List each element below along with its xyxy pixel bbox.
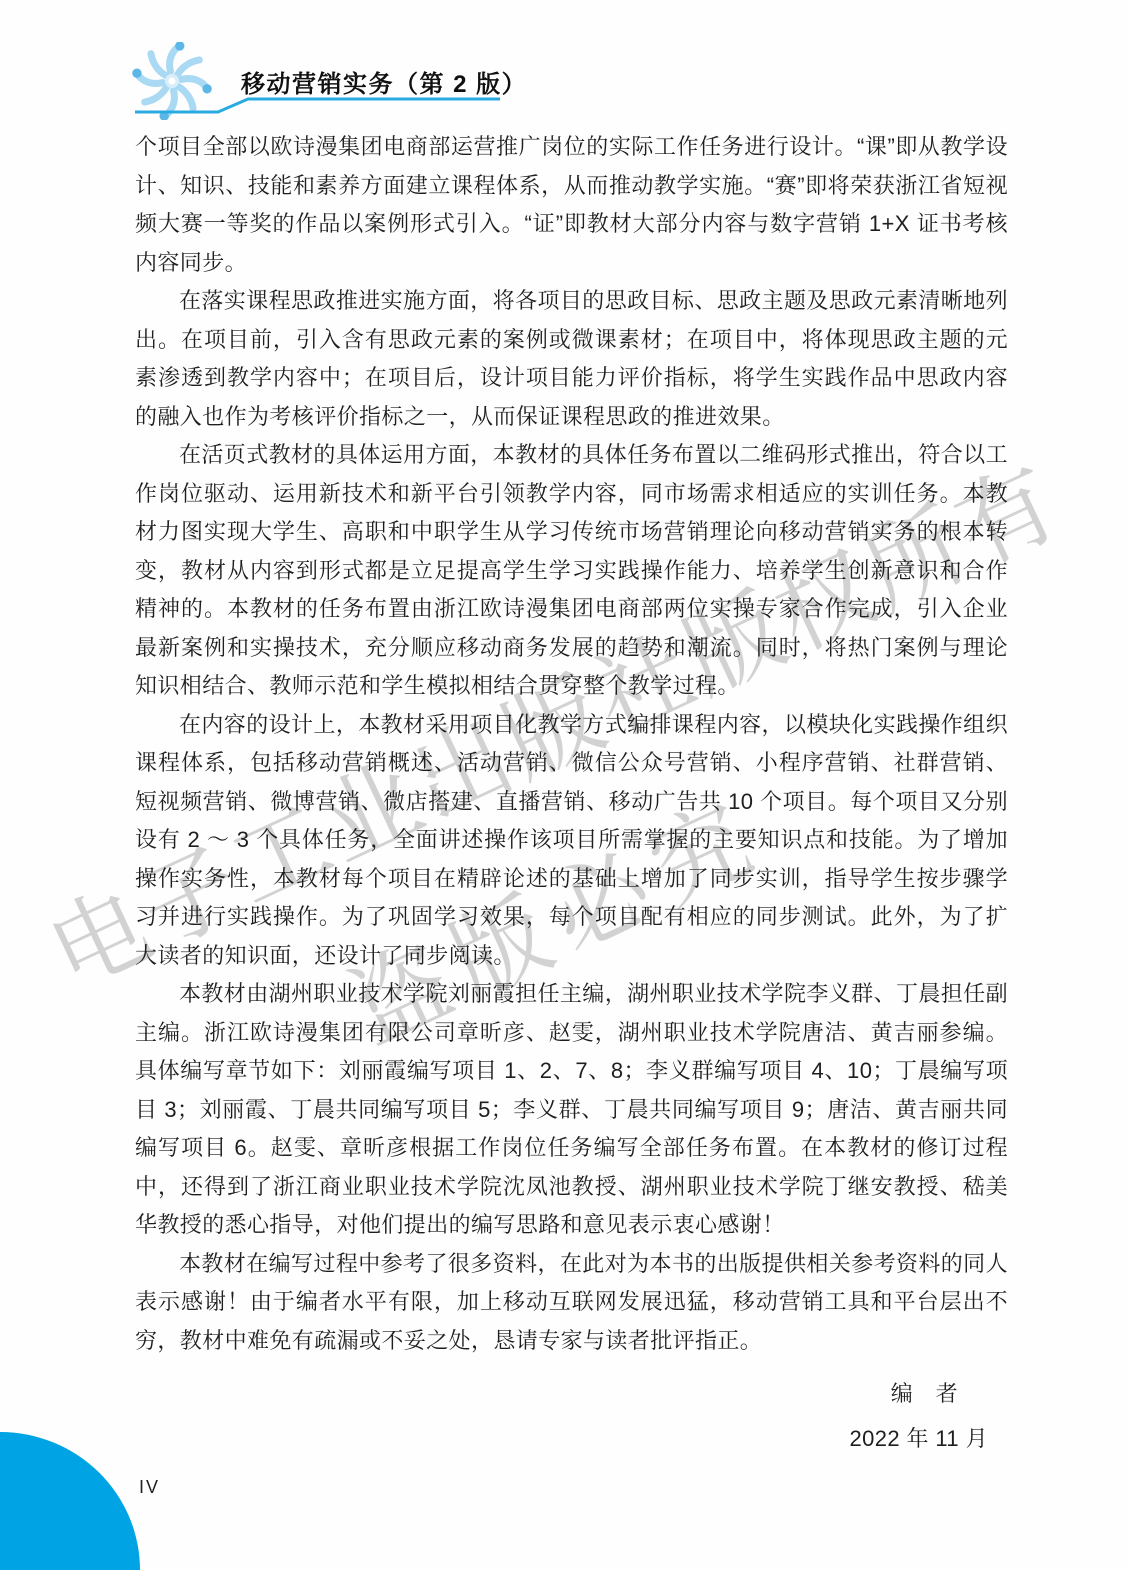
- paragraph-1: 个项目全部以欧诗漫集团电商部运营推广岗位的实际工作任务进行设计。“课”即从教学设…: [135, 128, 1008, 282]
- header-rule-line: [128, 90, 518, 120]
- paragraph-2: 在落实课程思政推进实施方面，将各项目的思政目标、思政主题及思政元素清晰地列出。在…: [135, 282, 1008, 436]
- paragraph-6: 本教材在编写过程中参考了很多资料，在此对为本书的出版提供相关参考资料的同人表示感…: [135, 1245, 1008, 1361]
- signature-author: 编 者: [135, 1370, 1008, 1417]
- signature-block: 编 者 2022 年 11 月: [135, 1370, 1008, 1461]
- signature-date: 2022 年 11 月: [135, 1417, 1008, 1461]
- paragraph-4: 在内容的设计上，本教材采用项目化教学方式编排课程内容，以模块化实践操作组织课程体…: [135, 706, 1008, 976]
- paragraph-5: 本教材由湖州职业技术学院刘丽霞担任主编，湖州职业技术学院李义群、丁晨担任副主编。…: [135, 975, 1008, 1245]
- corner-decoration-blob: [0, 1432, 140, 1570]
- page-number: IV: [139, 1477, 160, 1498]
- paragraph-3: 在活页式教材的具体运用方面，本教材的具体任务布置以二维码形式推出，符合以工作岗位…: [135, 436, 1008, 706]
- preface-text-block: 个项目全部以欧诗漫集团电商部运营推广岗位的实际工作任务进行设计。“课”即从教学设…: [135, 128, 1008, 1461]
- book-preface-page: 移动营销实务（第 2 版） 电子工业出版社版权所有 盗版必究 个项目全部以欧诗漫…: [0, 0, 1127, 1570]
